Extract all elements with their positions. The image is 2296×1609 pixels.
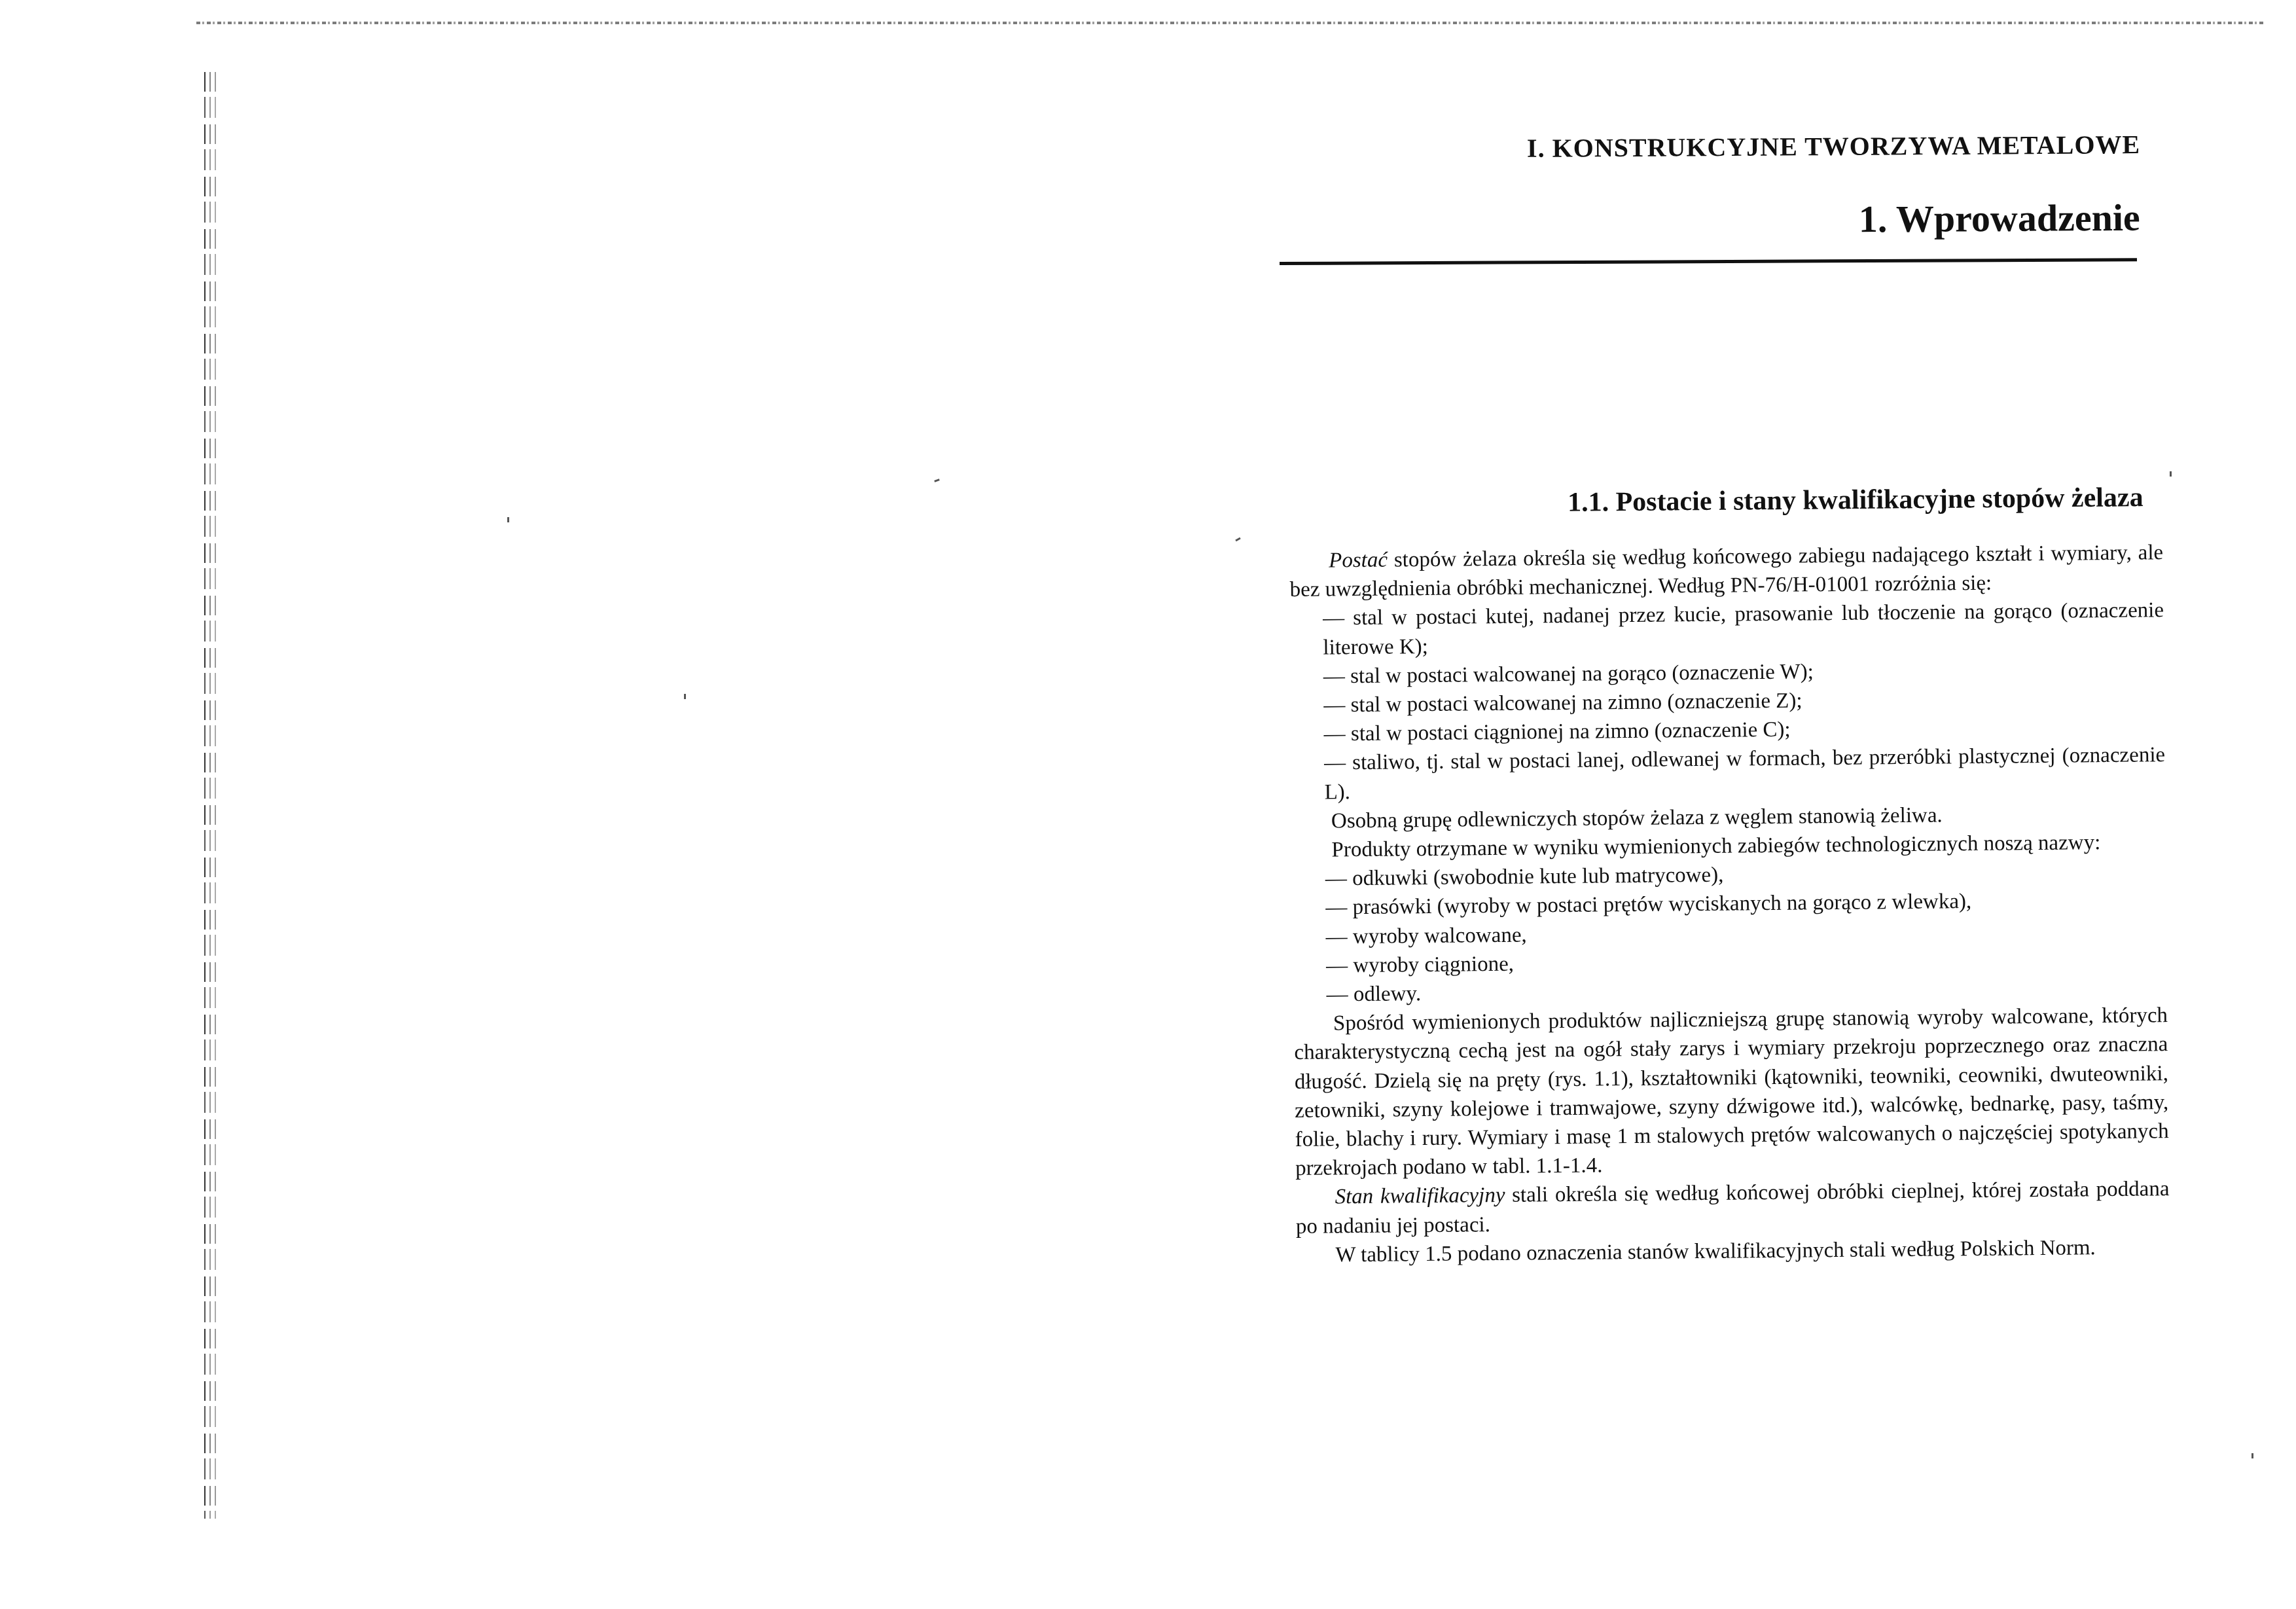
- term-stan-kwalifikacyjny: Stan kwalifikacyjny: [1335, 1184, 1505, 1208]
- part-title: I. KONSTRUKCYJNE TWORZYWA METALOWE: [1527, 129, 2140, 164]
- scan-binding-edge: [204, 72, 206, 1519]
- list-item: — stal w postaci kutej, nadanej przez ku…: [1290, 596, 2164, 662]
- chapter-title: 1. Wprowadzenie: [1859, 196, 2140, 242]
- scan-binding-edge: [215, 72, 216, 1519]
- section-title: 1.1. Postacie i stany kwalifikacyjne sto…: [1568, 482, 2144, 518]
- scan-speck: [684, 694, 686, 699]
- rolled-products-paragraph: Spośród wymienionych produktów najliczni…: [1294, 1001, 2169, 1183]
- list-item: — staliwo, tj. stal w postaci lanej, odl…: [1291, 741, 2166, 807]
- scan-speck: [507, 517, 509, 522]
- intro-paragraph: Postać stopów żelaza określa się według …: [1289, 538, 2164, 604]
- scan-speck: [2170, 471, 2172, 477]
- products-list: — odkuwki (swobodnie kute lub matrycowe)…: [1293, 856, 2168, 1009]
- scan-binding-edge: [209, 72, 211, 1519]
- body-text: Postać stopów żelaza określa się według …: [1289, 538, 2170, 1270]
- scan-speck: [2251, 1453, 2253, 1458]
- term-postac: Postać: [1329, 549, 1388, 573]
- scan-top-edge-line: [196, 22, 2265, 24]
- forms-list: — stal w postaci kutej, nadanej przez ku…: [1290, 596, 2166, 807]
- scan-speck: [934, 479, 940, 482]
- chapter-rule: [1280, 258, 2137, 265]
- scan-speck: [1235, 537, 1240, 542]
- state-paragraph: Stan kwalifikacyjny stali określa się we…: [1295, 1175, 2170, 1241]
